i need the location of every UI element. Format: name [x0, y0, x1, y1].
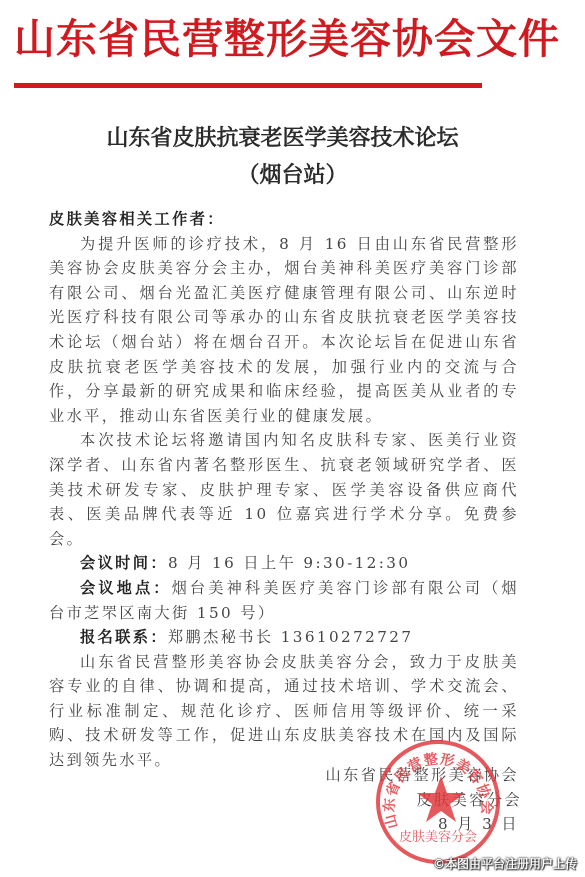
paragraph-guests: 本次技术论坛将邀请国内知名皮肤科专家、医美行业资深学者、山东省内著名整形医生、抗…: [49, 428, 519, 551]
meeting-time-label: 会议时间：: [80, 554, 168, 572]
meeting-time-value: 8 月 16 日上午 9:30-12:30: [168, 554, 410, 572]
registration-contact: 报名联系：郑鹏杰秘书长 13610272727: [49, 625, 519, 650]
registration-label: 报名联系：: [80, 628, 168, 646]
salutation: 皮肤美容相关工作者：: [49, 207, 519, 232]
registration-value: 郑鹏杰秘书长 13610272727: [168, 628, 413, 646]
upload-watermark: ©本图由平台注册用户上传: [433, 855, 577, 872]
masthead-divider: [14, 83, 482, 88]
document-body: 皮肤美容相关工作者： 为提升医师的诊疗技术，8 月 16 日由山东省民营整形美容…: [49, 207, 519, 773]
star-icon: [416, 774, 466, 824]
meeting-place: 会议地点：烟台美神科美医疗美容门诊部有限公司（烟台市芝罘区南大街 150 号）: [49, 576, 519, 625]
document-masthead: 山东省民营整形美容协会文件: [14, 14, 574, 64]
official-seal: 山东省民营整形美容协会 皮肤美容分会: [376, 740, 500, 864]
meeting-time: 会议时间：8 月 16 日上午 9:30-12:30: [49, 551, 519, 576]
seal-bottom-text: 皮肤美容分会: [380, 826, 496, 845]
document-subtitle: （烟台站）: [0, 158, 585, 189]
paragraph-intro: 为提升医师的诊疗技术，8 月 16 日由山东省民营整形美容协会皮肤美容分会主办，…: [49, 232, 519, 429]
meeting-place-label: 会议地点：: [80, 579, 172, 597]
document-title: 山东省皮肤抗衰老医学美容技术论坛: [0, 121, 575, 152]
